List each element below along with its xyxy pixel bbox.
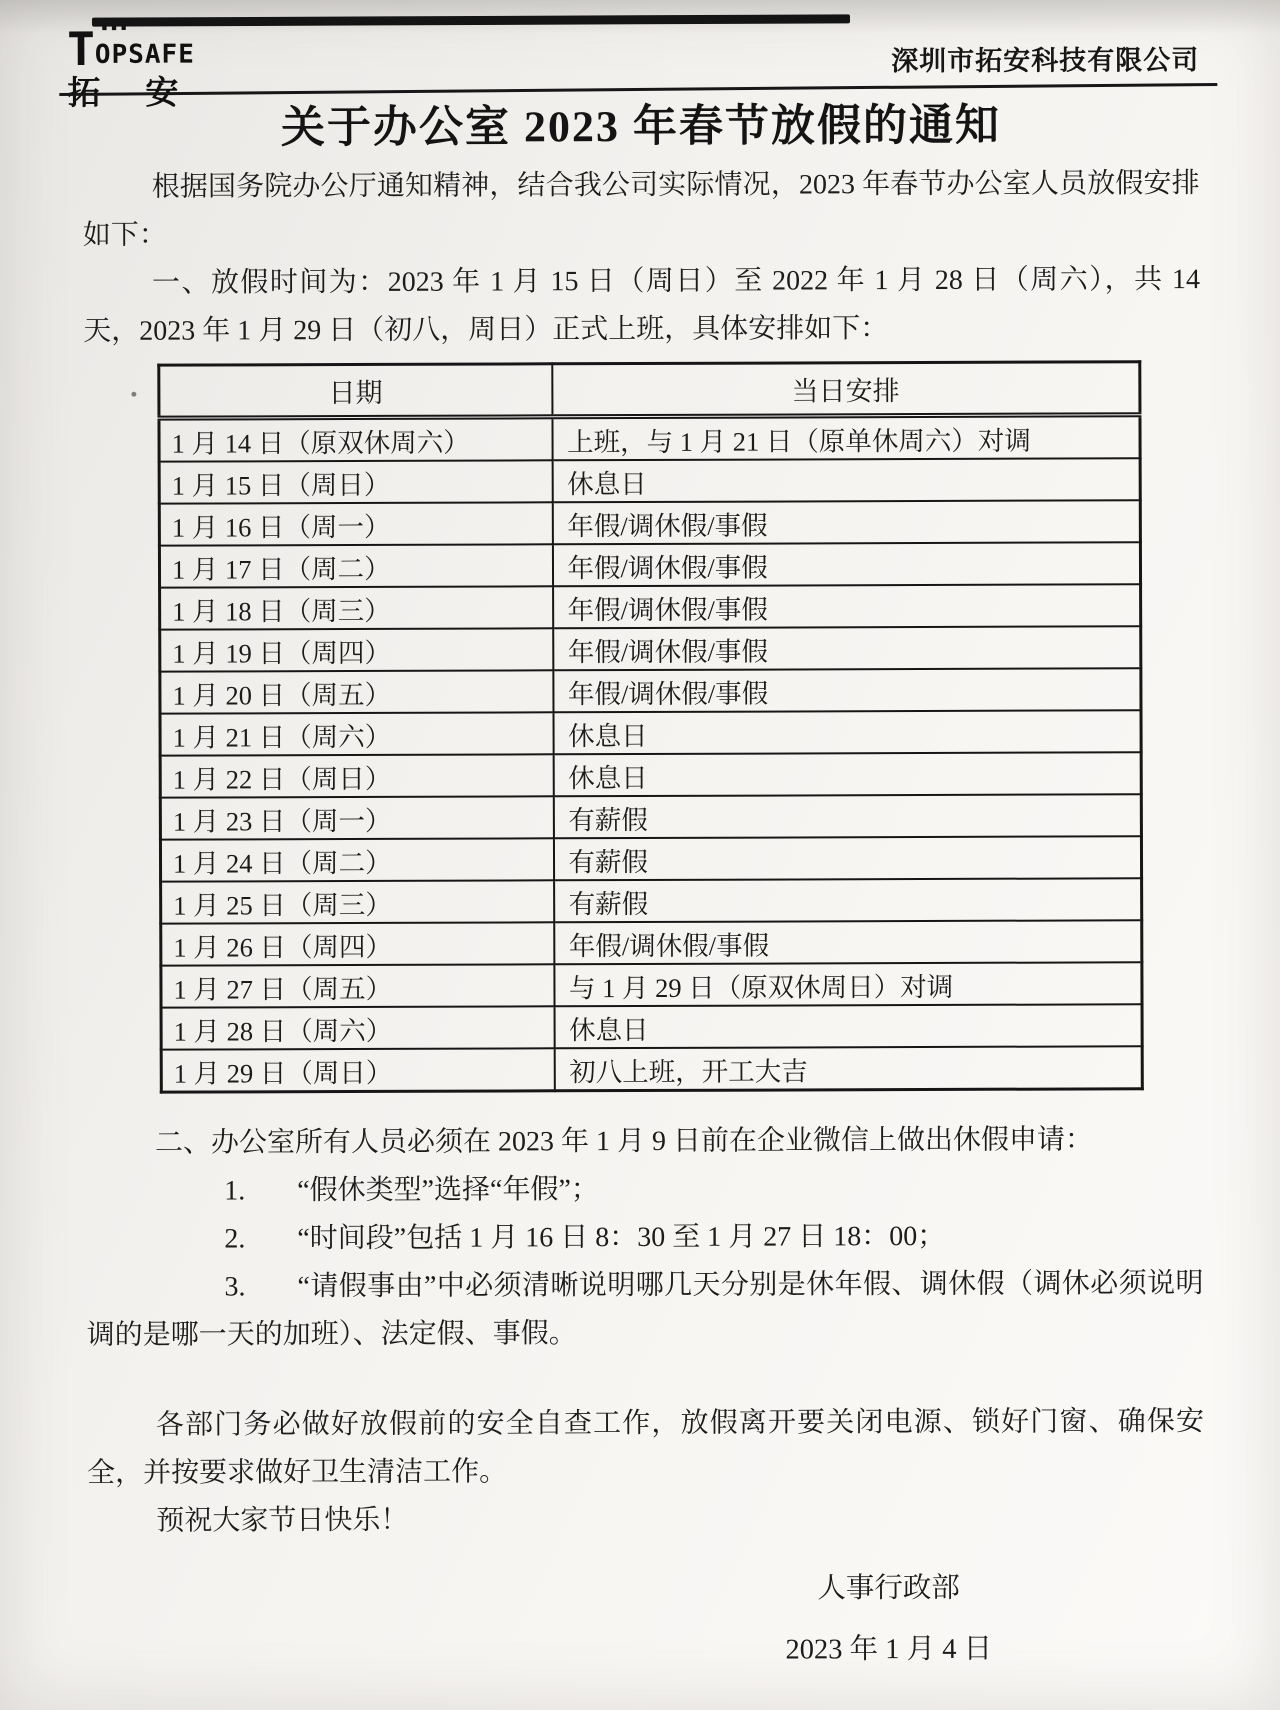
date-cell: 1 月 21 日（周六） — [160, 712, 553, 755]
plan-cell: 年假/调休假/事假 — [552, 542, 1140, 586]
table-row: 1 月 16 日（周一）年假/调休假/事假 — [159, 500, 1140, 545]
signature-date: 2023 年 1 月 4 日 — [669, 1625, 1109, 1668]
date-cell: 1 月 25 日（周三） — [161, 880, 554, 923]
table-row: 1 月 21 日（周六）休息日 — [160, 710, 1141, 755]
scanned-page: ▪▪▪TOPSAFE 拓 安 深圳市拓安科技有限公司 关于办公室 2023 年春… — [0, 0, 1280, 1710]
table-row: 1 月 27 日（周五）与 1 月 29 日（原双休周日）对调 — [161, 962, 1142, 1007]
table-row: 1 月 18 日（周三）年假/调休假/事假 — [160, 584, 1141, 629]
signature-block: 人事行政部 2023 年 1 月 4 日 — [668, 1564, 1108, 1668]
greeting-paragraph: 预祝大家节日快乐！ — [87, 1494, 1204, 1546]
item-number: 2. — [155, 1215, 245, 1263]
plan-cell: 年假/调休假/事假 — [553, 668, 1141, 712]
date-cell: 1 月 16 日（周一） — [159, 502, 552, 545]
notice-title: 关于办公室 2023 年春节放假的通知 — [82, 98, 1199, 156]
item-number: 1. — [155, 1167, 245, 1215]
item-text: “时间段”包括 1 月 16 日 8：30 至 1 月 27 日 18：00； — [297, 1221, 945, 1254]
plan-cell: 有薪假 — [553, 794, 1141, 838]
table-row: 1 月 25 日（周三）有薪假 — [161, 878, 1142, 923]
date-cell: 1 月 29 日（周日） — [161, 1048, 554, 1092]
date-cell: 1 月 23 日（周一） — [160, 796, 553, 839]
scan-speck — [131, 392, 136, 397]
plan-cell: 休息日 — [553, 752, 1141, 796]
section1-paragraph: 一、放假时间为：2023 年 1 月 15 日（周日）至 2022 年 1 月 … — [83, 256, 1200, 356]
date-cell: 1 月 14 日（原双休周六） — [159, 417, 552, 462]
closing-paragraph: 各部门务必做好放假前的安全自查工作，放假离开要关闭电源、锁好门窗、确保安全，并按… — [87, 1398, 1204, 1498]
plan-cell: 有薪假 — [553, 836, 1141, 880]
plan-cell: 年假/调休假/事假 — [552, 500, 1140, 544]
date-cell: 1 月 28 日（周六） — [161, 1006, 554, 1049]
table-row: 1 月 14 日（原双休周六）上班，与 1 月 21 日（原单休周六）对调 — [159, 415, 1140, 462]
signature-department: 人事行政部 — [668, 1564, 1108, 1607]
page-content: ▪▪▪TOPSAFE 拓 安 深圳市拓安科技有限公司 关于办公室 2023 年春… — [0, 0, 1280, 1710]
list-item-3: 3.“请假事由”中必须清晰说明哪几天分别是休年假、调休假（调休必须说明调的是哪一… — [86, 1260, 1203, 1360]
document-body: 关于办公室 2023 年春节放假的通知 根据国务院办公厅通知精神，结合我公司实际… — [0, 0, 1280, 1670]
plan-cell: 年假/调休假/事假 — [553, 584, 1141, 628]
intro-paragraph: 根据国务院办公厅通知精神，结合我公司实际情况，2023 年春节办公室人员放假安排… — [83, 160, 1200, 260]
section2-heading: 二、办公室所有人员必须在 2023 年 1 月 9 日前在企业微信上做出休假申请… — [86, 1116, 1203, 1168]
item-text: “请假事由”中必须清晰说明哪几天分别是休年假、调休假（调休必须说明调的是哪一天的… — [87, 1268, 1204, 1351]
plan-cell: 与 1 月 29 日（原双休周日）对调 — [554, 962, 1142, 1006]
date-cell: 1 月 17 日（周二） — [159, 544, 552, 587]
plan-cell: 休息日 — [554, 1004, 1142, 1048]
table-row: 1 月 19 日（周四）年假/调休假/事假 — [160, 626, 1141, 671]
schedule-table-wrap: 日期 当日安排 1 月 14 日（原双休周六）上班，与 1 月 21 日（原单休… — [157, 360, 1203, 1094]
plan-cell: 年假/调休假/事假 — [553, 626, 1141, 670]
table-row: 1 月 29 日（周日）初八上班，开工大吉 — [161, 1046, 1142, 1092]
item-number: 3. — [155, 1263, 245, 1311]
item-text: “假休类型”选择“年假”； — [297, 1174, 599, 1206]
plan-cell: 有薪假 — [554, 878, 1142, 922]
plan-column-header: 当日安排 — [552, 362, 1140, 417]
date-cell: 1 月 24 日（周二） — [160, 838, 553, 881]
date-column-header: 日期 — [159, 364, 552, 418]
table-row: 1 月 15 日（周日）休息日 — [159, 458, 1140, 503]
table-row: 1 月 24 日（周二）有薪假 — [160, 836, 1141, 881]
plan-cell: 初八上班，开工大吉 — [554, 1046, 1142, 1091]
table-row: 1 月 23 日（周一）有薪假 — [160, 794, 1141, 839]
plan-cell: 休息日 — [552, 458, 1140, 502]
plan-cell: 上班，与 1 月 21 日（原单休周六）对调 — [552, 415, 1140, 461]
list-item-2: 2.“时间段”包括 1 月 16 日 8：30 至 1 月 27 日 18：00… — [86, 1212, 1203, 1264]
plan-cell: 年假/调休假/事假 — [554, 920, 1142, 964]
date-cell: 1 月 22 日（周日） — [160, 754, 553, 797]
schedule-table-body: 1 月 14 日（原双休周六）上班，与 1 月 21 日（原单休周六）对调1 月… — [159, 415, 1142, 1092]
table-row: 1 月 28 日（周六）休息日 — [161, 1004, 1142, 1049]
date-cell: 1 月 19 日（周四） — [160, 628, 553, 671]
table-row: 1 月 22 日（周日）休息日 — [160, 752, 1141, 797]
date-cell: 1 月 20 日（周五） — [160, 670, 553, 713]
table-header-row: 日期 当日安排 — [159, 362, 1140, 418]
date-cell: 1 月 18 日（周三） — [160, 586, 553, 629]
date-cell: 1 月 26 日（周四） — [161, 922, 554, 965]
plan-cell: 休息日 — [553, 710, 1141, 754]
schedule-table: 日期 当日安排 1 月 14 日（原双休周六）上班，与 1 月 21 日（原单休… — [157, 360, 1144, 1093]
table-row: 1 月 26 日（周四）年假/调休假/事假 — [161, 920, 1142, 965]
list-item-1: 1.“假休类型”选择“年假”； — [86, 1164, 1203, 1216]
table-row: 1 月 17 日（周二）年假/调休假/事假 — [159, 542, 1140, 587]
table-row: 1 月 20 日（周五）年假/调休假/事假 — [160, 668, 1141, 713]
date-cell: 1 月 15 日（周日） — [159, 460, 552, 503]
date-cell: 1 月 27 日（周五） — [161, 964, 554, 1007]
